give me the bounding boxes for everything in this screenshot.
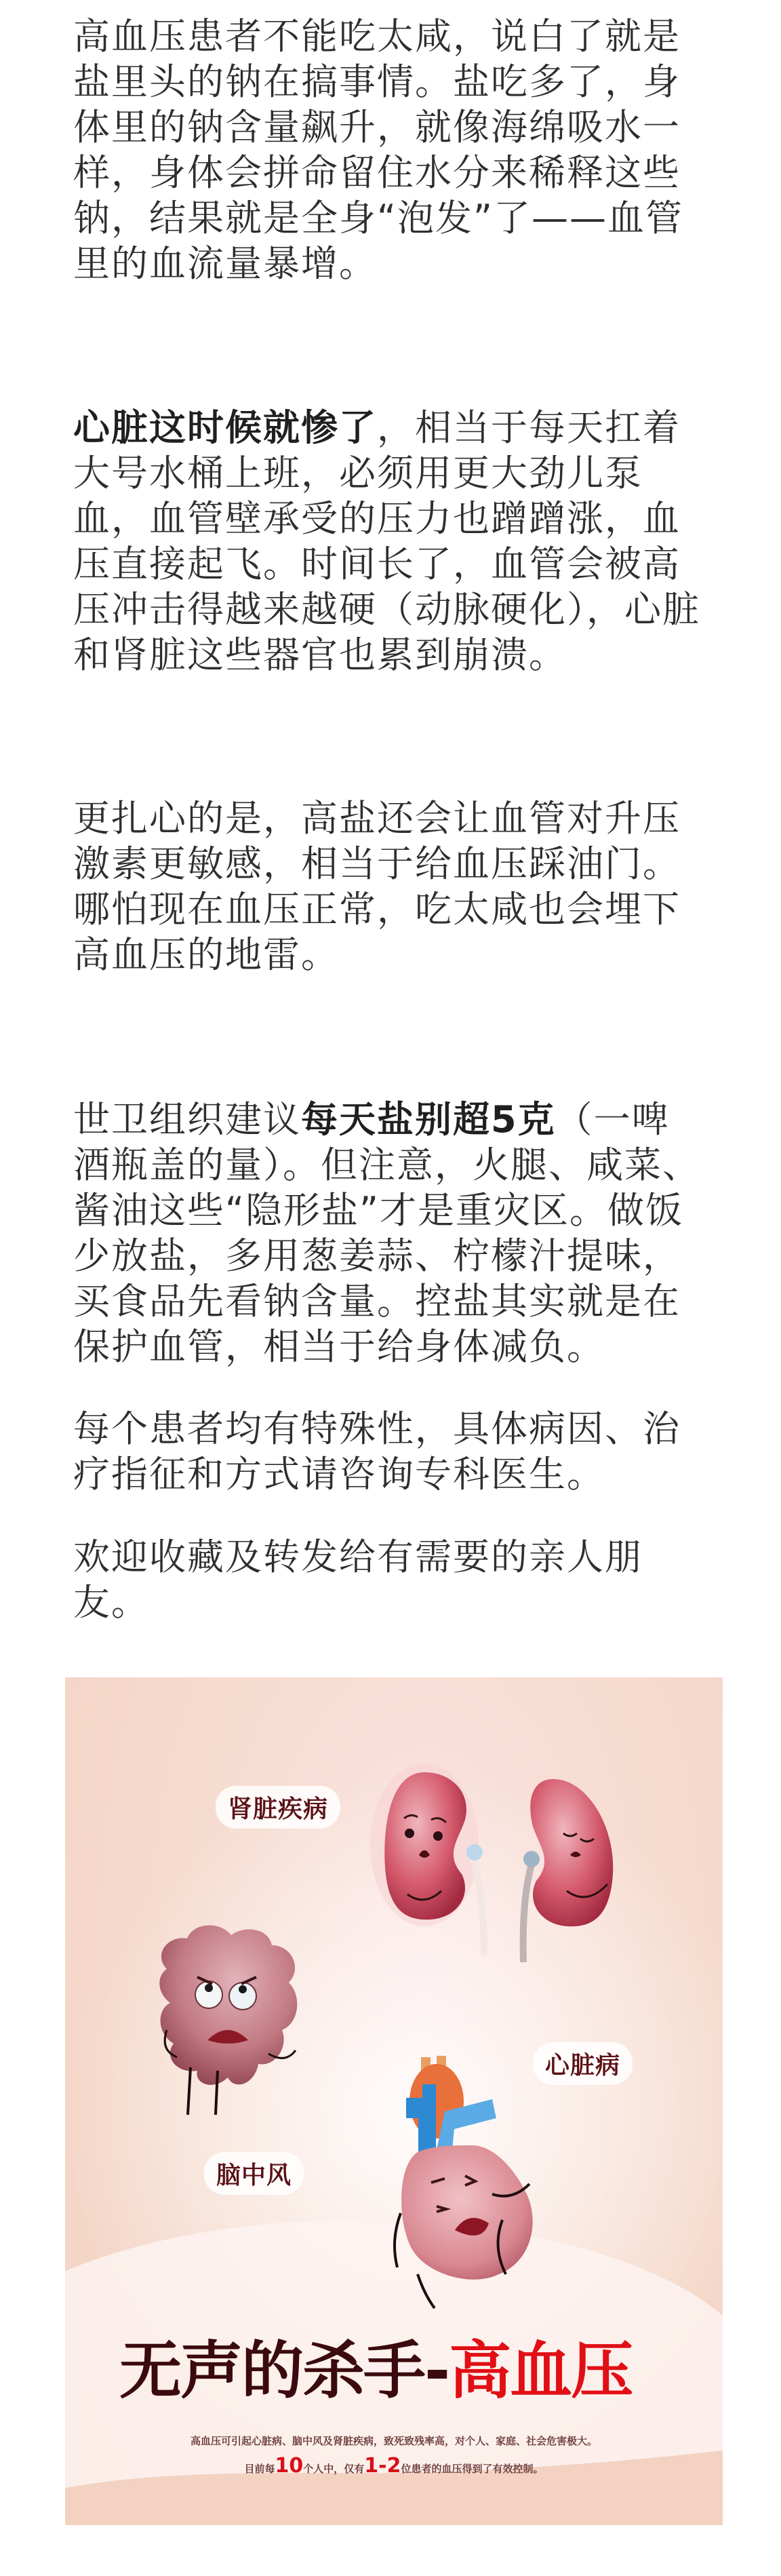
subtitle-text: 位患者的血压得到了有效控制。 [401,2463,543,2475]
paragraph-share-prompt: 欢迎收藏及转发给有需要的亲人朋友。 [73,1534,704,1625]
paragraph-consult-doctor: 每个患者均有特殊性，具体病因、治疗指征和方式请咨询专科医生。 [73,1406,704,1497]
label-kidney-disease: 肾脏疾病 [216,1786,340,1829]
paragraph-text: 世卫组织建议 [73,1098,301,1141]
poster-subtitle-line2: 目前每10个人中，仅有1-2位患者的血压得到了有效控制。 [65,2454,723,2478]
poster-subtitle-line1: 高血压可引起心脏病、脑中风及肾脏疾病，致死致残率高，对个人、家庭、社会危害极大。 [65,2434,723,2448]
subtitle-text: 个人中，仅有 [303,2463,364,2475]
label-heart-disease: 心脏病 [533,2042,633,2085]
poster-title: 无声的杀手-高血压 [119,2334,632,2408]
paragraph-text: 更扎心的是，高盐还会让血管对升压激素更敏感，相当于给血压踩油门。哪怕现在血压正常… [73,797,681,976]
label-stroke: 脑中风 [204,2152,304,2195]
subtitle-text: 目前每 [245,2463,275,2475]
paragraph-text: 欢迎收藏及转发给有需要的亲人朋友。 [73,1536,643,1624]
subtitle-highlight-number: 10 [275,2454,304,2478]
bold-salt-limit-text: 每天盐别超5克 [301,1098,556,1141]
paragraph-hormone-sensitivity: 更扎心的是，高盐还会让血管对升压激素更敏感，相当于给血压踩油门。哪怕现在血压正常… [73,796,704,977]
bold-heading-text: 心脏这时候就惨了 [73,406,377,449]
paragraph-who-advice: 世卫组织建议每天盐别超5克（一啤酒瓶盖的量）。但注意，火腿、咸菜、酱油这些“隐形… [73,1097,704,1369]
paragraph-text: 每个患者均有特殊性，具体病因、治疗指征和方式请咨询专科医生。 [73,1407,681,1496]
paragraph-text: 高血压患者不能吃太咸，说白了就是盐里头的钠在搞事情。盐吃多了，身体里的钠含量飙升… [73,15,683,285]
poster-title-dark: 无声的杀手- [119,2335,449,2407]
paragraph-sodium-explanation: 高血压患者不能吃太咸，说白了就是盐里头的钠在搞事情。盐吃多了，身体里的钠含量飙升… [73,14,704,286]
paragraph-heart-burden: 心脏这时候就惨了，相当于每天扛着大号水桶上班，必须用更大劲儿泵血，血管壁承受的压… [73,405,704,678]
subtitle-highlight-number: 1-2 [364,2454,401,2478]
hypertension-poster-image: 肾脏疾病 心脏病 脑中风 无声的杀手-高血压 高血压可引起心脏病、脑中风及肾脏疾… [65,1677,723,2525]
poster-title-red: 高血压 [449,2335,632,2407]
